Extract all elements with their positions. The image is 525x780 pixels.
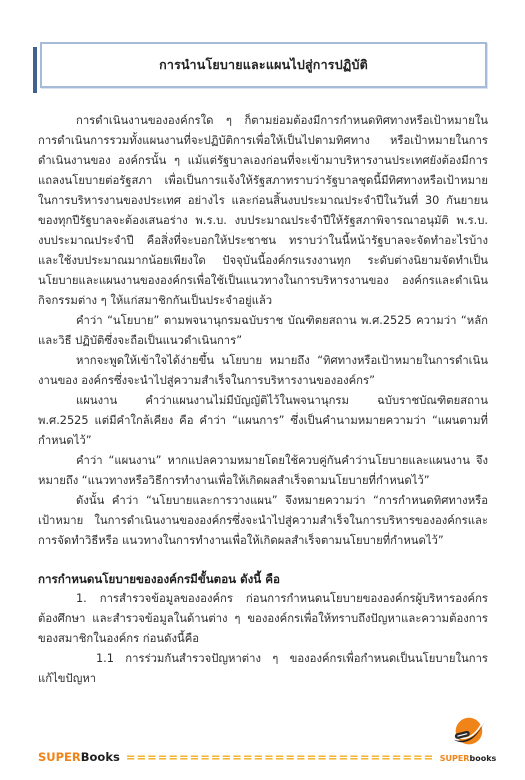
logo-text-books: books [469,754,496,763]
paragraph-6: ดังนั้น คำว่า “นโยบายและการวางแผน” จึงหม… [38,491,488,551]
superbooks-logo: SUPERbooks [439,713,497,764]
footer-brand: SUPERBooks [38,750,120,764]
section-paragraph-1: 1. การสำรวจข้อมูลขององค์กร ก่อนการกำหนดน… [38,589,488,649]
footer-brand-super: SUPER [38,750,81,764]
page-footer: SUPERBooks =============================… [38,713,497,764]
document-title-box: การนำนโยบายและแผนไปสู่การปฏิบัติ [40,42,487,88]
paragraph-3: หากจะพูดให้เข้าใจได้ง่ายขึ้น นโยบาย หมาย… [38,351,488,391]
logo-text-super: SUPER [440,754,470,763]
document-page: การนำนโยบายและแผนไปสู่การปฏิบัติ การดำเน… [0,0,525,780]
footer-brand-books: Books [81,750,120,764]
page-title: การนำนโยบายและแผนไปสู่การปฏิบัติ [159,55,368,75]
paragraph-1: การดำเนินงานขององค์กรใด ๆ ก็ตามย่อมต้องม… [38,111,488,311]
superbooks-logo-icon [449,713,487,753]
title-accent-bar [33,47,37,93]
section-heading: การกำหนดนโยบายขององค์กรมีขั้นตอน ดังนี้ … [38,569,488,589]
paragraph-2: คำว่า “นโยบาย” ตามพจนานุกรมฉบับราช บัณฑิ… [38,311,488,351]
superbooks-logo-text: SUPERbooks [440,754,497,764]
paragraph-4: แผนงาน คำว่าแผนงานไม่มีบัญญัติไว้ในพจนาน… [38,391,488,451]
footer-separator-line: ========================================… [126,750,433,764]
document-body: การดำเนินงานขององค์กรใด ๆ ก็ตามย่อมต้องม… [38,111,488,689]
section-paragraph-1-1: 1.1 การร่วมกันสำรวจปัญหาต่าง ๆ ขององค์กร… [38,649,488,689]
paragraph-5: คำว่า “แผนงาน” หากแปลความหมายโดยใช้ควบคู… [38,451,488,491]
